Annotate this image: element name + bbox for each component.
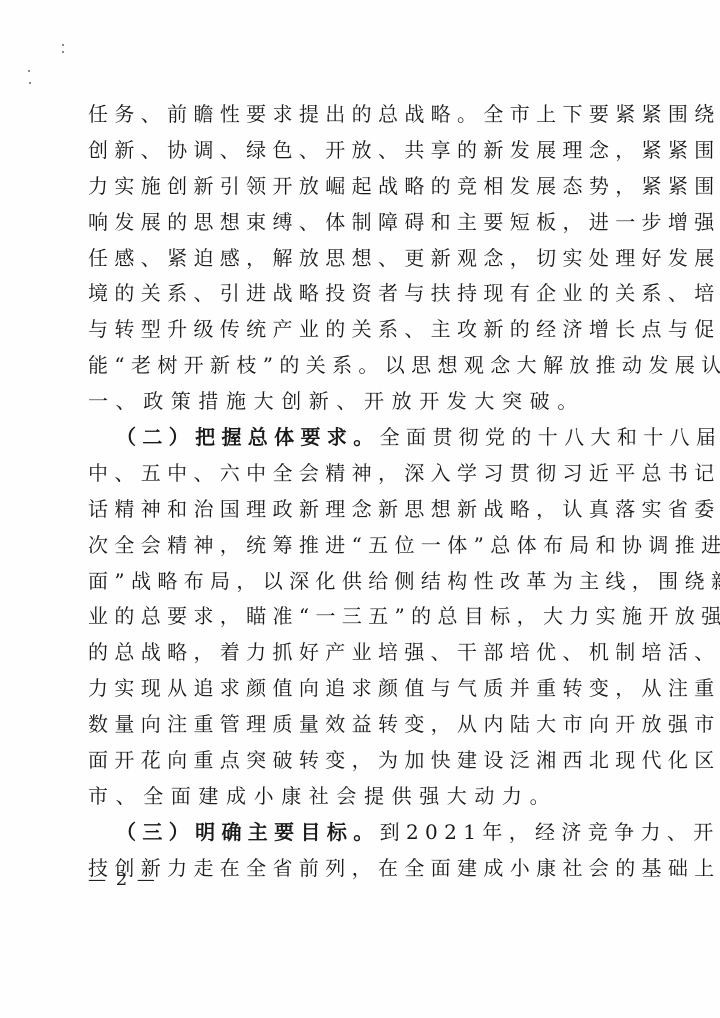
glyph: 短 xyxy=(510,210,530,234)
glyph: 体 xyxy=(325,210,345,234)
glyph: 起 xyxy=(352,174,372,198)
glyph: 企 xyxy=(536,281,556,305)
glyph: 求 xyxy=(327,425,347,449)
glyph: 围 xyxy=(694,174,714,198)
glyph: 全 xyxy=(114,533,134,557)
glyph: 线 xyxy=(605,569,625,593)
glyph: 十 xyxy=(643,425,663,449)
glyph: 彻 xyxy=(459,425,479,449)
glyph: ， xyxy=(509,820,529,844)
glyph: 结 xyxy=(421,569,441,593)
glyph: 向 xyxy=(167,748,187,772)
glyph: 政 xyxy=(273,497,293,521)
glyph: 话 xyxy=(88,497,108,521)
glyph: 引 xyxy=(220,174,240,198)
glyph: 领 xyxy=(246,174,266,198)
glyph: 、 xyxy=(299,210,319,234)
glyph: 转 xyxy=(299,748,319,772)
glyph: 开 xyxy=(273,174,293,198)
glyph: 的 xyxy=(167,210,187,234)
glyph: 注 xyxy=(668,676,688,700)
glyph: 花 xyxy=(141,748,161,772)
glyph: 认 xyxy=(701,353,720,377)
glyph: 进 xyxy=(589,210,609,234)
glyph: 念 xyxy=(589,138,609,162)
glyph: 障 xyxy=(378,210,398,234)
glyph: “ xyxy=(114,353,124,377)
glyph: 、 xyxy=(141,246,161,270)
glyph: 习 xyxy=(562,461,582,485)
glyph: 色 xyxy=(273,138,293,162)
glyph: 握 xyxy=(221,425,241,449)
glyph: 转 xyxy=(378,712,398,736)
glyph: 值 xyxy=(273,676,293,700)
glyph: 开 xyxy=(693,820,713,844)
text-line: 任 感 、 紧 迫 感 ， 解 放 思 想 、 更 新 观 念 ， 切 实 处 … xyxy=(88,241,620,277)
glyph: 成 xyxy=(483,856,503,880)
glyph: 总 xyxy=(141,604,161,628)
glyph: 从 xyxy=(167,676,187,700)
glyph: ， xyxy=(378,461,398,485)
glyph: 提 xyxy=(299,102,319,126)
glyph: 小 xyxy=(510,856,530,880)
glyph: 全 xyxy=(404,856,424,880)
glyph: ， xyxy=(431,712,451,736)
glyph: 与 xyxy=(404,281,424,305)
glyph: 会 xyxy=(141,533,161,557)
text-line: 数 量 向 注 重 管 理 质 量 效 益 转 变 ， 从 内 陆 大 市 向 … xyxy=(88,707,620,743)
glyph: 区 xyxy=(694,748,714,772)
glyph: 推 xyxy=(675,533,695,557)
glyph: 传 xyxy=(220,317,240,341)
glyph: 全 xyxy=(483,102,503,126)
glyph: 略 xyxy=(510,497,530,521)
glyph: 主 xyxy=(248,820,268,844)
text-line: 与 转 型 升 级 传 统 产 业 的 关 系 、 主 攻 新 的 经 济 增 … xyxy=(88,312,620,348)
glyph: 前 xyxy=(167,102,187,126)
glyph: 部 xyxy=(483,640,503,664)
glyph: 。 xyxy=(353,425,373,449)
glyph: 书 xyxy=(668,461,688,485)
glyph: 面 xyxy=(406,425,426,449)
glyph: 攻 xyxy=(457,317,477,341)
glyph: 念 xyxy=(352,497,372,521)
glyph: 业 xyxy=(352,640,372,664)
scan-speck xyxy=(28,70,30,72)
glyph: 一 xyxy=(615,210,635,234)
glyph: 资 xyxy=(352,281,372,305)
glyph: 调 xyxy=(193,138,213,162)
glyph: 业 xyxy=(562,281,582,305)
glyph: 着 xyxy=(220,640,240,664)
glyph: ， xyxy=(615,676,635,700)
glyph: 、 xyxy=(193,461,213,485)
glyph: 、 xyxy=(114,461,134,485)
glyph: 记 xyxy=(694,461,714,485)
glyph: 从 xyxy=(457,712,477,736)
glyph: 和 xyxy=(167,497,187,521)
glyph: 从 xyxy=(642,676,662,700)
glyph: 开 xyxy=(648,604,668,628)
glyph: 三 xyxy=(142,820,162,844)
glyph: 实 xyxy=(562,246,582,270)
glyph: ， xyxy=(246,246,266,270)
glyph: 树 xyxy=(157,353,177,377)
glyph: 略 xyxy=(167,640,187,664)
glyph: 思 xyxy=(411,353,431,377)
glyph: 发 xyxy=(648,353,668,377)
glyph: 增 xyxy=(668,210,688,234)
glyph: 的 xyxy=(615,856,635,880)
glyph: 抓 xyxy=(273,640,293,664)
glyph: 围 xyxy=(694,138,714,162)
glyph: 神 xyxy=(193,533,213,557)
glyph: 局 xyxy=(210,569,230,593)
glyph: 、 xyxy=(193,281,213,305)
scan-speck xyxy=(29,82,31,84)
glyph: 略 xyxy=(157,569,177,593)
text-line: 面 开 花 向 重 点 突 破 转 变 ， 为 加 快 建 设 泛 湘 西 北 … xyxy=(88,743,620,779)
glyph: ， xyxy=(220,533,240,557)
glyph: 布 xyxy=(184,569,204,593)
glyph: 战 xyxy=(483,497,503,521)
glyph: 面 xyxy=(88,569,108,593)
glyph: 益 xyxy=(352,712,372,736)
glyph: 向 xyxy=(299,676,319,700)
glyph: 主 xyxy=(579,569,599,593)
glyph: 市 xyxy=(510,102,530,126)
glyph: 建 xyxy=(457,856,477,880)
glyph: 统 xyxy=(246,533,266,557)
glyph: 紧 xyxy=(642,102,662,126)
glyph: 共 xyxy=(404,138,424,162)
glyph: 活 xyxy=(668,640,688,664)
scan-speck xyxy=(62,51,64,53)
glyph: 列 xyxy=(325,856,345,880)
glyph: 业 xyxy=(299,317,319,341)
glyph: 碍 xyxy=(404,210,424,234)
glyph: 创 xyxy=(167,174,187,198)
glyph: 全 xyxy=(273,461,293,485)
scan-speck xyxy=(62,44,64,46)
glyph: 瞻 xyxy=(193,102,213,126)
glyph: 党 xyxy=(485,425,505,449)
glyph: 认 xyxy=(562,497,582,521)
glyph: 推 xyxy=(299,533,319,557)
glyph: 解 xyxy=(273,246,293,270)
glyph: 八 xyxy=(564,425,584,449)
glyph: 紧 xyxy=(642,138,662,162)
text-line: 任 务 、 前 瞻 性 要 求 提 出 的 总 战 略 。 全 市 上 下 要 … xyxy=(88,97,620,133)
glyph: 入 xyxy=(431,461,451,485)
glyph: 解 xyxy=(543,353,563,377)
glyph: 争 xyxy=(614,820,634,844)
glyph: 泛 xyxy=(510,748,530,772)
glyph: 制 xyxy=(615,640,635,664)
glyph: 投 xyxy=(325,281,345,305)
glyph: 想 xyxy=(220,210,240,234)
glyph: 略 xyxy=(431,102,451,126)
glyph: 培 xyxy=(510,640,530,664)
glyph: 任 xyxy=(88,102,108,126)
glyph: 向 xyxy=(589,712,609,736)
glyph: 在 xyxy=(220,856,240,880)
glyph: 追 xyxy=(325,676,345,700)
glyph: ” xyxy=(114,569,124,593)
glyph: 动 xyxy=(622,353,642,377)
glyph: 总 xyxy=(378,102,398,126)
glyph: 重 xyxy=(536,676,556,700)
glyph: 想 xyxy=(438,353,458,377)
document-body: 任 务 、 前 瞻 性 要 求 提 出 的 总 战 略 。 全 市 上 下 要 … xyxy=(88,97,620,887)
glyph: 中 xyxy=(246,461,266,485)
glyph: 全 xyxy=(246,856,266,880)
glyph: 主 xyxy=(457,210,477,234)
glyph: “ xyxy=(299,604,309,628)
glyph: 协 xyxy=(622,533,642,557)
glyph: 关 xyxy=(141,281,161,305)
glyph: 贯 xyxy=(432,425,452,449)
glyph: 三 xyxy=(342,604,362,628)
glyph: 进 xyxy=(325,533,345,557)
glyph: 总 xyxy=(642,461,662,485)
glyph: 进 xyxy=(701,533,720,557)
glyph: ， xyxy=(510,246,530,270)
glyph: 标 xyxy=(327,820,347,844)
text-line: 能 “ 老 树 开 新 枝 ” 的 关 系 。 以 思 想 观 念 大 解 放 … xyxy=(88,348,620,384)
glyph: 精 xyxy=(325,461,345,485)
glyph: 处 xyxy=(589,246,609,270)
line-text: 一、政策措施大创新、开放开发大突破。 xyxy=(88,389,585,413)
glyph: 追 xyxy=(193,676,213,700)
glyph: 、 xyxy=(378,138,398,162)
glyph: 康 xyxy=(536,856,556,880)
glyph: 协 xyxy=(167,138,187,162)
glyph: ， xyxy=(236,569,256,593)
glyph: ， xyxy=(517,604,537,628)
glyph: 系 xyxy=(167,281,187,305)
glyph: 略 xyxy=(404,174,424,198)
glyph: 迫 xyxy=(193,246,213,270)
glyph: 加 xyxy=(404,748,424,772)
text-line: 的 总 战 略 ， 着 力 抓 好 产 业 培 强 、 干 部 培 优 、 机 … xyxy=(88,635,620,671)
glyph: 质 xyxy=(273,712,293,736)
glyph: 观 xyxy=(464,353,484,377)
glyph: 给 xyxy=(368,569,388,593)
glyph: 的 xyxy=(114,281,134,305)
glyph: 崛 xyxy=(325,174,345,198)
glyph: 、 xyxy=(668,281,688,305)
glyph: 绕 xyxy=(685,569,705,593)
glyph: 的 xyxy=(457,138,477,162)
glyph: 制 xyxy=(352,210,372,234)
glyph: 量 xyxy=(114,712,134,736)
text-line: 响 发 展 的 思 想 束 缚 、 体 制 障 碍 和 主 要 短 板 ， 进 … xyxy=(88,205,620,241)
glyph: 略 xyxy=(299,281,319,305)
glyph: 质 xyxy=(483,676,503,700)
glyph: 总 xyxy=(114,640,134,664)
glyph: 关 xyxy=(352,317,372,341)
glyph: 经 xyxy=(536,317,556,341)
glyph: 要 xyxy=(483,210,503,234)
glyph: 战 xyxy=(404,102,424,126)
glyph: 力 xyxy=(88,174,108,198)
glyph: 想 xyxy=(431,497,451,521)
glyph: 产 xyxy=(325,640,345,664)
glyph: 、 xyxy=(378,246,398,270)
glyph: 管 xyxy=(220,712,240,736)
glyph: 突 xyxy=(246,748,266,772)
glyph: 现 xyxy=(483,281,503,305)
glyph: 紧 xyxy=(668,138,688,162)
glyph: 转 xyxy=(114,317,134,341)
text-line: 力 实 现 从 追 求 颜 值 向 追 求 颜 值 与 气 质 并 重 转 变 … xyxy=(88,671,620,707)
glyph: 五 xyxy=(368,604,388,628)
glyph: 大 xyxy=(536,712,556,736)
glyph: 战 xyxy=(131,569,151,593)
glyph: 主 xyxy=(431,317,451,341)
glyph: 求 xyxy=(352,676,372,700)
glyph: 0 xyxy=(425,820,438,844)
glyph: 境 xyxy=(88,281,108,305)
glyph: 大 xyxy=(517,353,537,377)
glyph: 展 xyxy=(141,210,161,234)
glyph: 扶 xyxy=(431,281,451,305)
glyph: 基 xyxy=(642,856,662,880)
glyph: 长 xyxy=(615,317,635,341)
glyph: 到 xyxy=(380,820,400,844)
glyph: 开 xyxy=(114,748,134,772)
glyph: ， xyxy=(615,138,635,162)
glyph: 确 xyxy=(221,820,241,844)
text-line: 中 、 五 中 、 六 中 全 会 精 神 ， 深 入 学 习 贯 彻 习 近 … xyxy=(88,456,620,492)
glyph: 的 xyxy=(511,425,531,449)
glyph: 以 xyxy=(385,353,405,377)
glyph: 实 xyxy=(642,497,662,521)
text-line: 市、全面建成小康社会提供强大动力。 xyxy=(88,779,620,815)
glyph: 发 xyxy=(510,138,530,162)
glyph: 一 xyxy=(421,533,441,557)
glyph: 会 xyxy=(299,461,319,485)
glyph: 深 xyxy=(404,461,424,485)
glyph: 持 xyxy=(457,281,477,305)
glyph: 、 xyxy=(299,138,319,162)
glyph: 好 xyxy=(642,246,662,270)
glyph: 老 xyxy=(131,353,151,377)
glyph: 开 xyxy=(184,353,204,377)
glyph: 的 xyxy=(325,317,345,341)
glyph: 础 xyxy=(668,856,688,880)
glyph: 放 xyxy=(299,246,319,270)
glyph: 近 xyxy=(589,461,609,485)
glyph: 促 xyxy=(694,317,714,341)
glyph: 战 xyxy=(141,640,161,664)
glyph: 、 xyxy=(220,138,240,162)
glyph: 强 xyxy=(701,604,720,628)
glyph: 济 xyxy=(562,317,582,341)
glyph: 枝 xyxy=(236,353,256,377)
glyph: 学 xyxy=(457,461,477,485)
glyph: 和 xyxy=(617,425,637,449)
glyph: 点 xyxy=(642,317,662,341)
glyph: 放 xyxy=(299,174,319,198)
glyph: 相 xyxy=(483,174,503,198)
glyph: 筹 xyxy=(273,533,293,557)
glyph: 紧 xyxy=(642,174,662,198)
glyph: 要 xyxy=(167,604,187,628)
glyph: 新 xyxy=(114,138,134,162)
glyph: 深 xyxy=(289,569,309,593)
glyph: 的 xyxy=(411,604,431,628)
glyph: 业 xyxy=(88,604,108,628)
glyph: 1 xyxy=(463,820,476,844)
glyph: 效 xyxy=(325,712,345,736)
glyph: 发 xyxy=(114,210,134,234)
glyph: 缚 xyxy=(273,210,293,234)
glyph: 念 xyxy=(490,353,510,377)
glyph: 彻 xyxy=(536,461,556,485)
glyph: 思 xyxy=(193,210,213,234)
glyph: 神 xyxy=(352,461,372,485)
glyph: 系 xyxy=(332,353,352,377)
glyph: 精 xyxy=(167,533,187,557)
glyph: 真 xyxy=(589,497,609,521)
glyph: 目 xyxy=(301,820,321,844)
glyph: 改 xyxy=(500,569,520,593)
glyph: 新 xyxy=(431,246,451,270)
glyph: 新 xyxy=(210,353,230,377)
glyph: 。 xyxy=(358,353,378,377)
glyph: 六 xyxy=(220,461,240,485)
glyph: 委 xyxy=(694,497,714,521)
glyph: 中 xyxy=(88,461,108,485)
glyph: 展 xyxy=(536,174,556,198)
glyph: 和 xyxy=(431,210,451,234)
glyph: 陆 xyxy=(510,712,530,736)
glyph: 发 xyxy=(668,246,688,270)
glyph: 会 xyxy=(589,856,609,880)
glyph: 化 xyxy=(668,748,688,772)
glyph: 以 xyxy=(263,569,283,593)
glyph: 理 xyxy=(615,246,635,270)
glyph: 化 xyxy=(315,569,335,593)
text-line: 业 的 总 要 求 ， 瞄 准 “ 一 三 五 ” 的 总 目 标 ， 大 力 … xyxy=(88,599,620,635)
glyph: 面 xyxy=(88,748,108,772)
glyph: 在 xyxy=(378,856,398,880)
glyph: 的 xyxy=(589,281,609,305)
glyph: 下 xyxy=(562,102,582,126)
glyph: 施 xyxy=(141,174,161,198)
glyph: 并 xyxy=(510,676,530,700)
glyph: 束 xyxy=(246,210,266,234)
glyph: 和 xyxy=(596,533,616,557)
glyph: 现 xyxy=(615,748,635,772)
glyph: 展 xyxy=(536,138,556,162)
glyph: 气 xyxy=(457,676,477,700)
glyph: 新 xyxy=(457,497,477,521)
glyph: 、 xyxy=(141,102,161,126)
glyph: 标 xyxy=(490,604,510,628)
glyph: 优 xyxy=(536,640,556,664)
glyph: 。 xyxy=(353,820,373,844)
glyph: 新 xyxy=(711,569,720,593)
paragraph-heading-line: （ 二 ） 把 握 总 体 要 求 。 全 面 贯 彻 党 的 十 八 大 和 … xyxy=(88,420,620,456)
glyph: 习 xyxy=(483,461,503,485)
glyph: 切 xyxy=(536,246,556,270)
glyph: 绕 xyxy=(694,102,714,126)
glyph: 上 xyxy=(694,856,714,880)
glyph: 实 xyxy=(596,604,616,628)
